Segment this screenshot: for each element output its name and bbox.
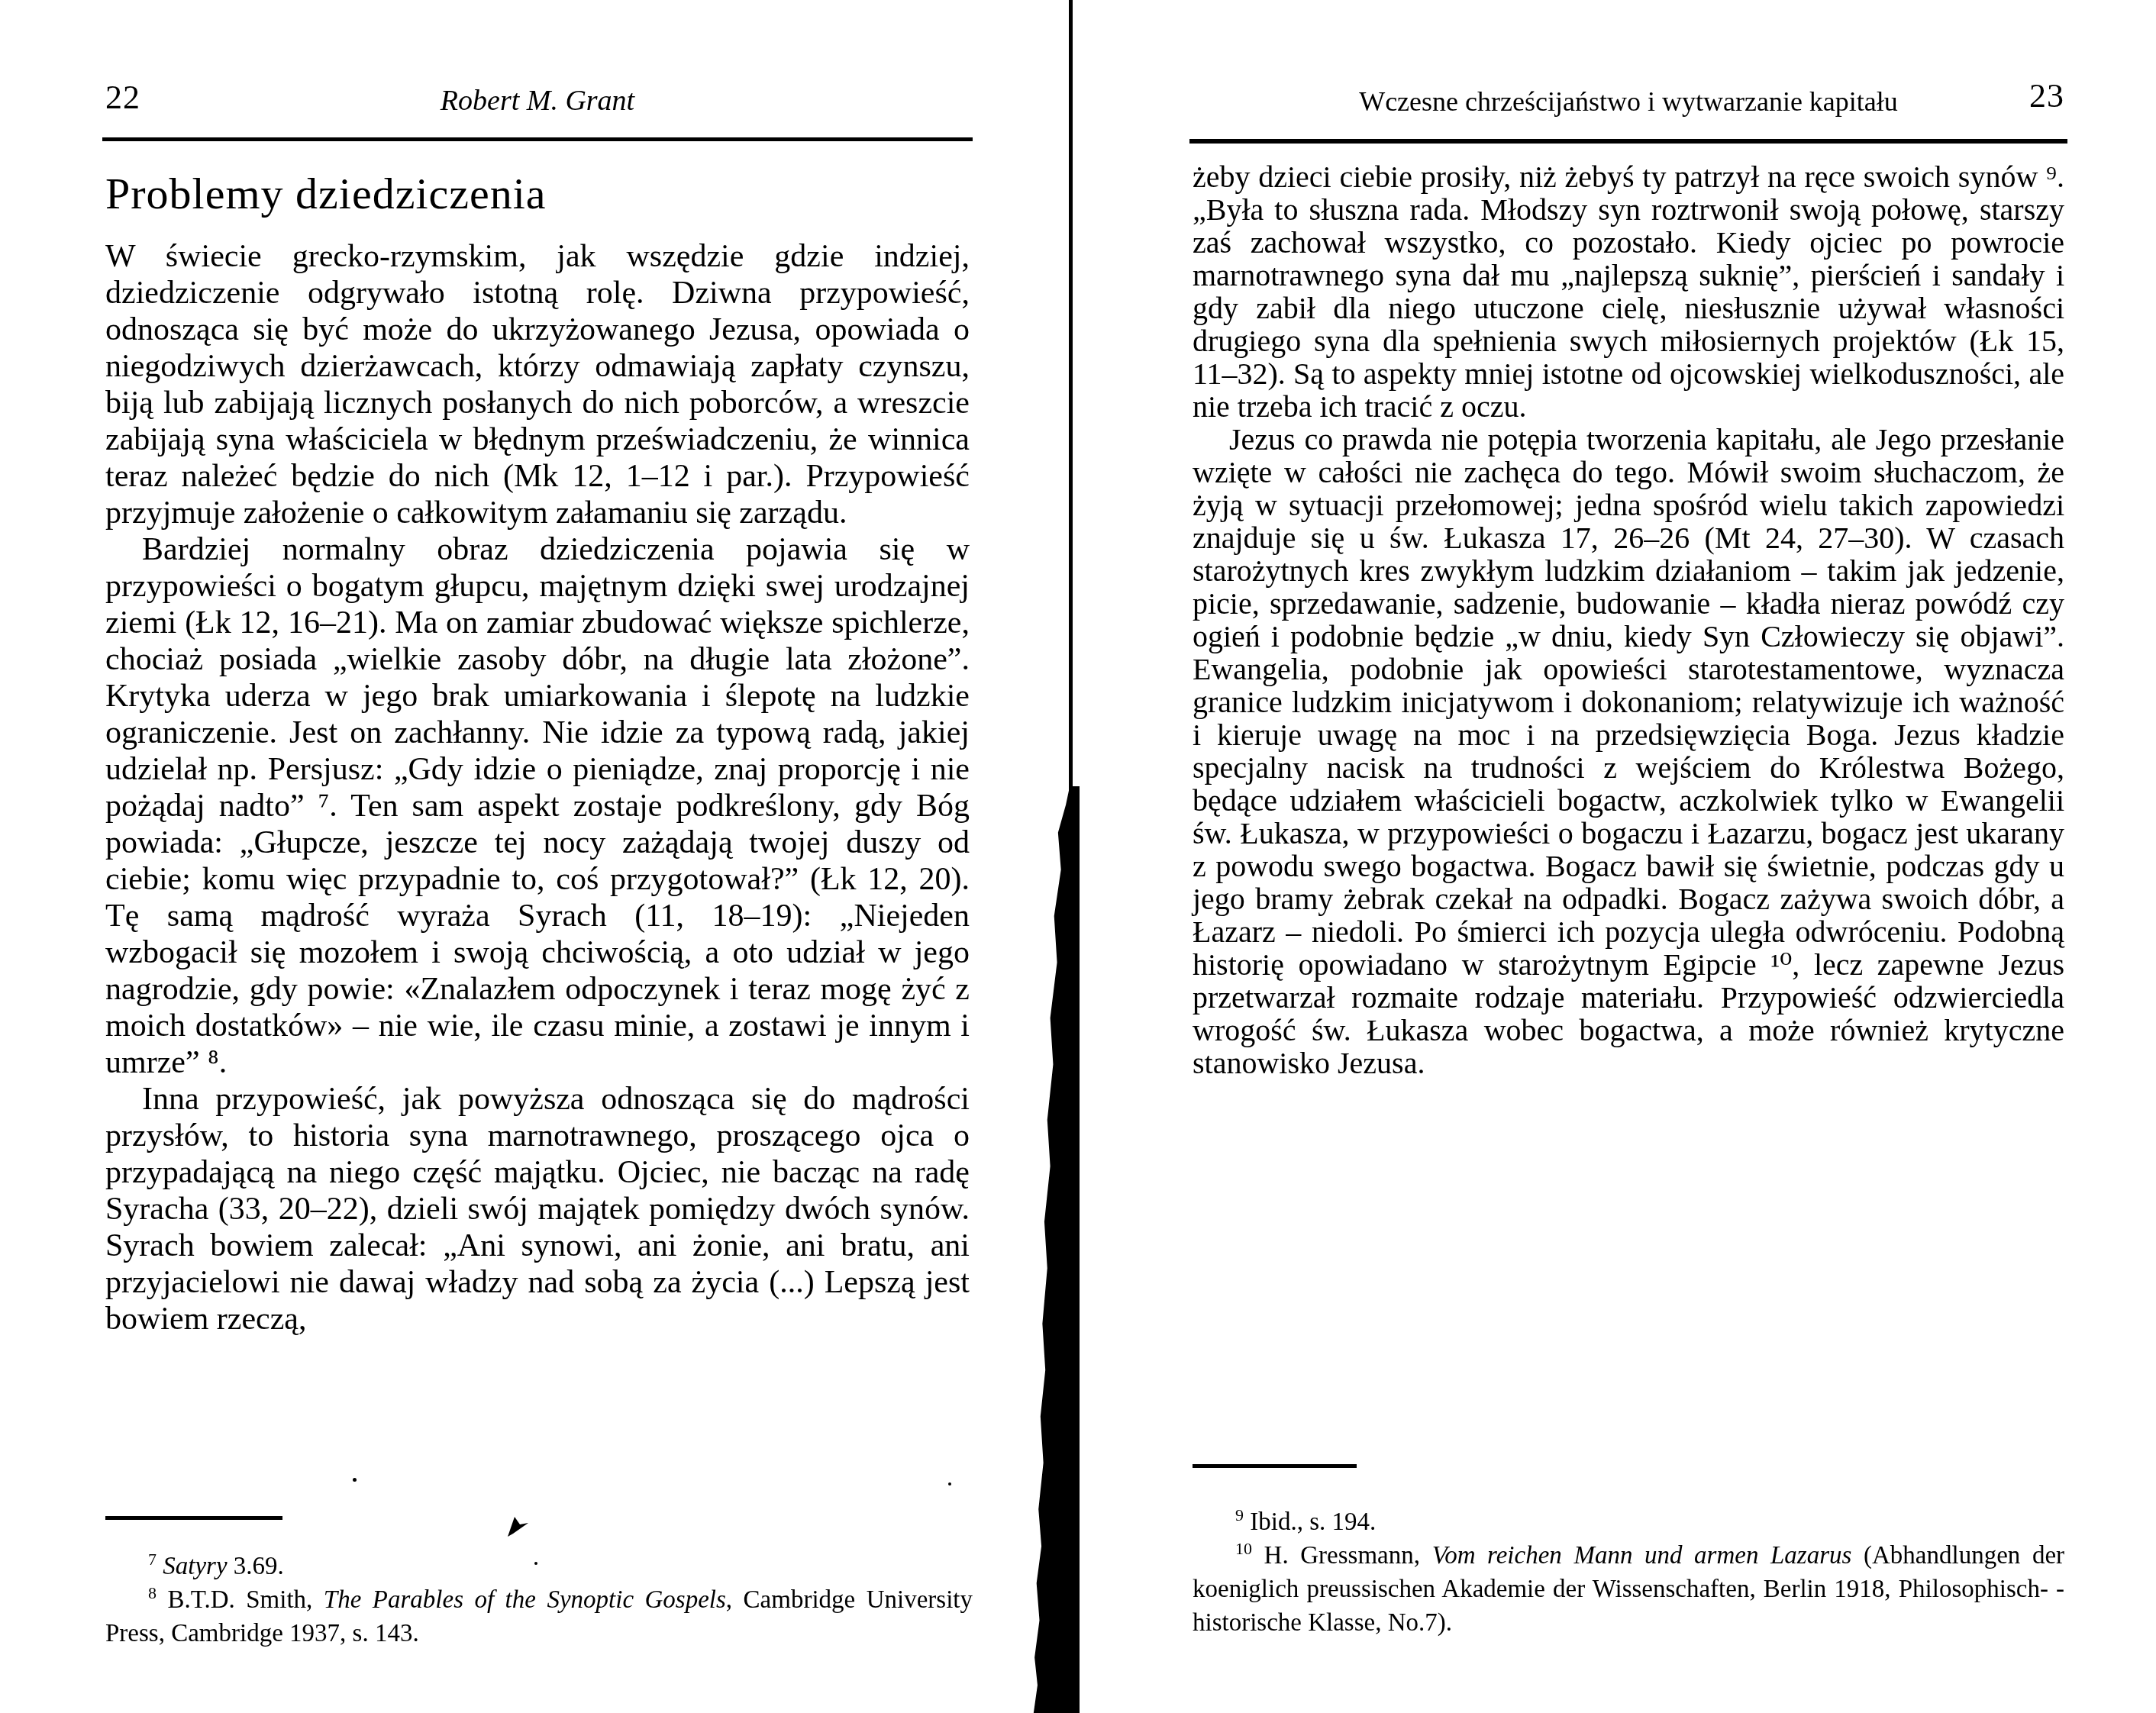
ink-blot-shape [505, 1515, 530, 1537]
footnote-marker: 7 [148, 1550, 157, 1569]
gutter-shadow-blob [1031, 786, 1080, 1713]
right-footnotes: 9 Ibid., s. 194.10 H. Gressmann, Vom rei… [1193, 1505, 2064, 1640]
left-footnote-rule [105, 1516, 282, 1520]
footnote-text: Ibid., s. 194. [1250, 1508, 1376, 1536]
right-running-head: Wczesne chrześcijaństwo i wytwarzanie ka… [1193, 85, 2064, 118]
section-heading: Problemy dziedziczenia [105, 168, 547, 219]
left-footnotes: 7 Satyry 3.69.8 B.T.D. Smith, The Parabl… [105, 1550, 973, 1650]
ink-blot-mark [505, 1515, 530, 1541]
footnote-text: 3.69. [228, 1553, 284, 1580]
footnote-text: H. Gressmann, [1264, 1542, 1432, 1569]
scan-speck [534, 1562, 537, 1565]
left-running-head: Robert M. Grant [105, 84, 970, 118]
book-scan: { "colors": { "ink": "#000000", "paper":… [0, 0, 2156, 1713]
right-page-body: żeby dzieci ciebie prosiły, niż żebyś ty… [1193, 160, 2064, 1079]
right-footnote-rule [1193, 1464, 1357, 1468]
footnote: 7 Satyry 3.69. [105, 1550, 973, 1583]
right-header-rule [1189, 139, 2067, 144]
scan-speck [948, 1482, 951, 1486]
body-paragraph: Jezus co prawda nie potępia tworzenia ka… [1193, 423, 2064, 1079]
footnote-text-italic: Satyry [163, 1553, 227, 1580]
footnote: 8 B.T.D. Smith, The Parables of the Syno… [105, 1583, 973, 1650]
footnote-text-italic: Vom reichen Mann und armen Lazarus [1432, 1542, 1852, 1569]
footnote-text: B.T.D. Smith, [167, 1586, 323, 1614]
body-paragraph: żeby dzieci ciebie prosiły, niż żebyś ty… [1193, 160, 2064, 423]
right-page-number: 23 [1988, 76, 2064, 115]
footnote-marker: 10 [1235, 1539, 1252, 1558]
footnote: 10 H. Gressmann, Vom reichen Mann und ar… [1193, 1539, 2064, 1640]
footnote-marker: 8 [148, 1583, 157, 1602]
footnote: 9 Ibid., s. 194. [1193, 1505, 2064, 1539]
footnote-marker: 9 [1235, 1505, 1244, 1524]
left-header-rule [102, 137, 973, 141]
scan-speck [353, 1478, 357, 1482]
body-paragraph: Bardziej normalny obraz dziedziczenia po… [105, 531, 970, 1081]
body-paragraph: W świecie grecko-rzymskim, jak wszędzie … [105, 238, 970, 531]
footnote-text-italic: The Parables of the Synoptic Gospels [324, 1586, 726, 1614]
left-page-body: W świecie grecko-rzymskim, jak wszędzie … [105, 238, 970, 1337]
body-paragraph: Inna przypowieść, jak powyższa odnosząca… [105, 1081, 970, 1337]
